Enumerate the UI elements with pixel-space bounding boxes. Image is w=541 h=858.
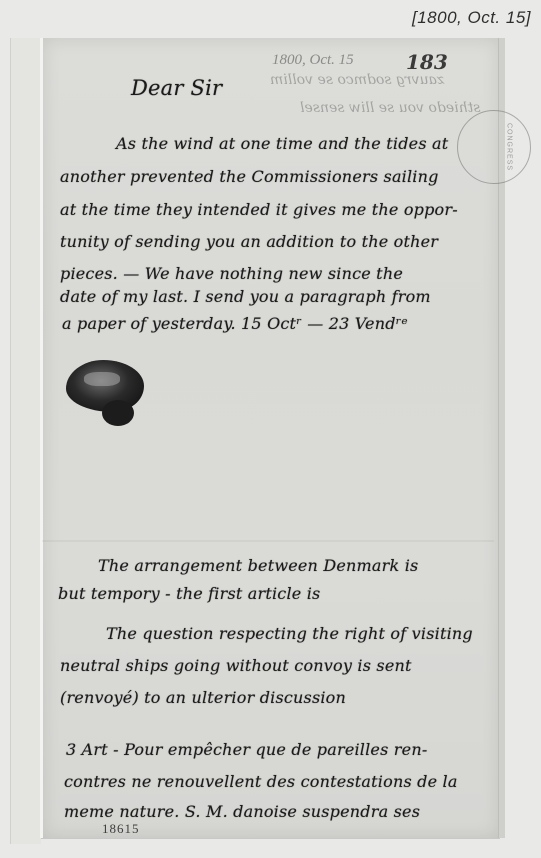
letter-line: meme nature. S. M. danoise suspendra ses <box>64 802 420 821</box>
archive-date-label: [1800, Oct. 15] <box>412 8 531 28</box>
folio-number: 183 <box>406 50 448 74</box>
letter-line: pieces. — We have nothing new since the <box>60 264 403 283</box>
bleed-through-text: sthiedo vou se lliw sensel <box>300 100 480 116</box>
letter-line: As the wind at one time and the tides at <box>116 134 448 153</box>
mount-strip <box>10 38 41 844</box>
letter-line: another prevented the Commissioners sail… <box>60 167 439 186</box>
salutation: Dear Sir <box>131 76 222 100</box>
letter-line: contres ne renouvellent des contestation… <box>64 772 458 791</box>
letter-line: The question respecting the right of vis… <box>106 624 473 643</box>
letter-line: 3 Art - Pour empêcher que de pareilles r… <box>66 740 427 759</box>
letter-line: The arrangement between Denmark is <box>98 556 418 575</box>
letter-line: date of my last. I send you a paragraph … <box>60 287 431 306</box>
letter-line: tunity of sending you an addition to the… <box>60 232 438 251</box>
bleed-through-text: zauvrg sodmco se vollim <box>270 72 444 88</box>
letter-line: neutral ships going without convoy is se… <box>60 656 412 675</box>
ink-blot <box>66 360 144 412</box>
ink-blot-highlight <box>84 372 120 386</box>
catalog-number: 18615 <box>102 821 140 837</box>
library-stamp: CONGRESS <box>457 110 531 184</box>
letter-line: (renvoyé) to an ulterior discussion <box>60 688 346 707</box>
letter-line: but tempory - the first article is <box>58 584 320 603</box>
fold-line <box>42 540 494 542</box>
manuscript-page <box>40 38 499 838</box>
letter-line: at the time they intended it gives me th… <box>60 200 458 219</box>
pencil-date-annotation: 1800, Oct. 15 <box>272 52 354 69</box>
letter-line: a paper of yesterday. 15 Octʳ — 23 Vendʳ… <box>62 314 408 333</box>
stamp-text: CONGRESS <box>506 123 513 171</box>
